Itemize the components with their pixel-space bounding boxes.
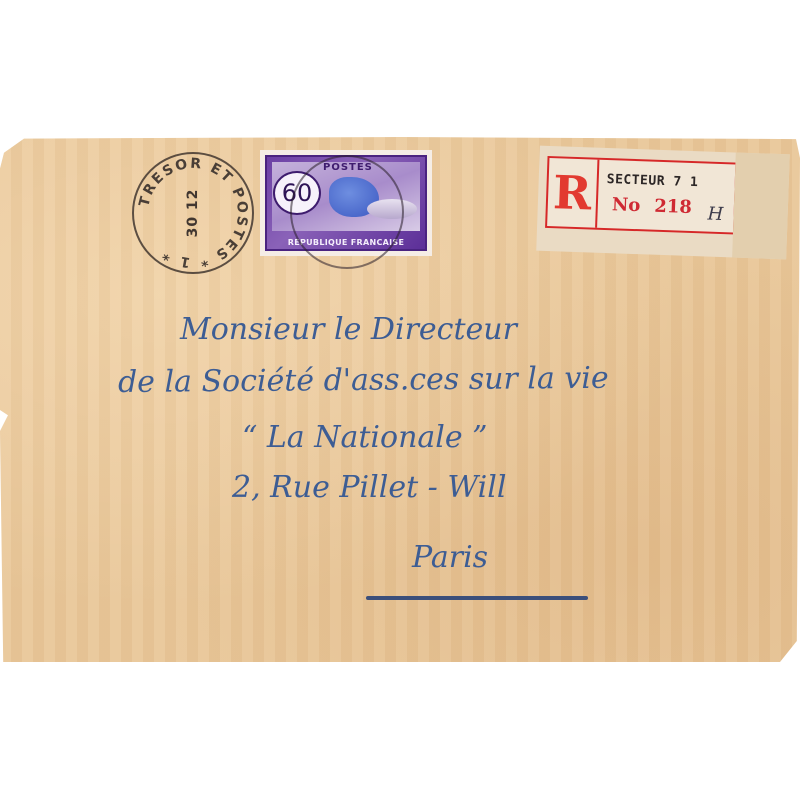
recipient-address: Monsieur le Directeur de la Société d'as… — [0, 0, 800, 800]
address-line-street: 2, Rue Pillet - Will — [232, 470, 506, 505]
address-line-company: de la Société d'ass.ces sur la vie — [118, 361, 609, 400]
address-line-city: Paris — [412, 540, 488, 575]
address-line-recipient: Monsieur le Directeur — [180, 312, 517, 347]
address-line-company-name: “ La Nationale ” — [242, 420, 488, 455]
city-underline — [366, 596, 588, 600]
